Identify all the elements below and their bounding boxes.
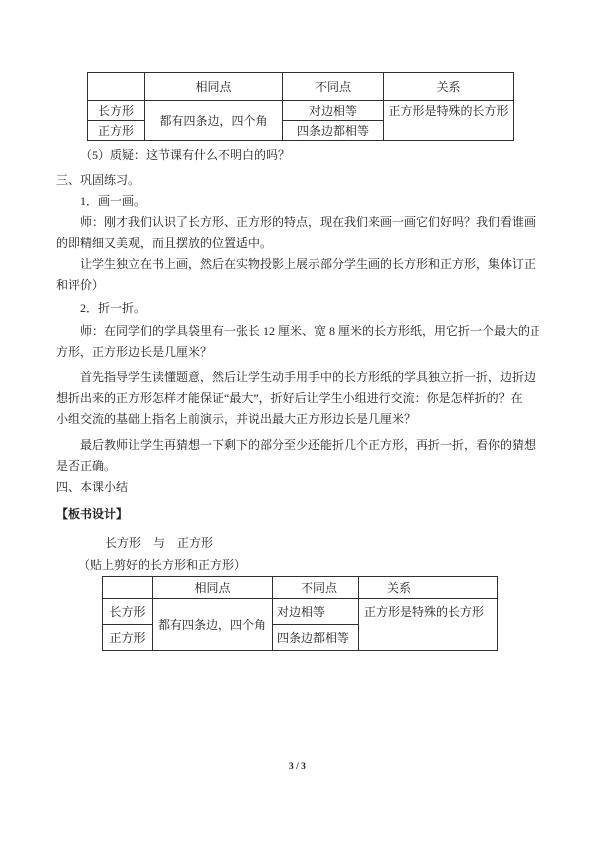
header-similarities: 相同点 xyxy=(153,577,273,599)
cell-difference-square: 四条边都相等 xyxy=(283,121,384,141)
corner-cell xyxy=(103,577,153,599)
header-relation: 关系 xyxy=(359,577,498,599)
cell-difference-square: 四条边都相等 xyxy=(273,625,359,651)
comparison-table-board: 相同点 不同点 关系 长方形 都有四条边，四个角 对边相等 正方形是特殊的长方形… xyxy=(102,576,498,651)
row-label-square: 正方形 xyxy=(88,121,145,141)
body-line: 1．画一画。 xyxy=(56,191,539,212)
body-line: 让学生独立在书上画，然后在实物投影上展示部分学生画的长方形和正方形，集体订正 xyxy=(56,254,539,275)
body-line: 是否正确。 xyxy=(56,456,539,477)
comparison-table-top: 相同点 不同点 关系 长方形 都有四条边，四个角 对边相等 正方形是特殊的长方形… xyxy=(87,72,514,141)
body-line: 小组交流的基础上指名上前演示，并说出最大正方形边长是几厘米？ xyxy=(56,409,539,430)
row-label-rectangle: 长方形 xyxy=(88,101,145,121)
body-line: 的即精细又美观，而且摆放的位置适中。 xyxy=(56,233,539,254)
body-line: 和评价） xyxy=(56,275,539,296)
body-line: 首先指导学生读懂题意，然后让学生动手用手中的长方形纸的学具独立折一折，边折边 xyxy=(56,367,539,388)
body-line: 想折出来的正方形怎样才能保证“最大”，折好后让学生小组进行交流：你是怎样折的？在 xyxy=(56,388,539,409)
section-heading: 四、本课小结 xyxy=(56,477,539,498)
table-row: 相同点 不同点 关系 xyxy=(88,73,514,101)
body-line: 最后教师让学生再猜想一下剩下的部分至少还能折几个正方形，再折一折，看你的猜想 xyxy=(56,435,539,456)
cell-difference-rectangle: 对边相等 xyxy=(273,599,359,625)
header-relation: 关系 xyxy=(384,73,514,101)
cell-difference-rectangle: 对边相等 xyxy=(283,101,384,121)
body-line: （5）质疑：这节课有什么不明白的吗？ xyxy=(56,145,539,166)
body-line: 2．折一折。 xyxy=(56,298,539,319)
corner-cell xyxy=(88,73,145,101)
header-differences: 不同点 xyxy=(283,73,384,101)
cell-similarities: 都有四条边，四个角 xyxy=(145,101,283,141)
board-note-line: （贴上剪好的长方形和正方形） xyxy=(56,555,539,576)
header-similarities: 相同点 xyxy=(145,73,283,101)
board-title-line: 长方形 与 正方形 xyxy=(56,533,539,554)
table-row: 长方形 都有四条边，四个角 对边相等 正方形是特殊的长方形 xyxy=(103,599,498,625)
row-label-rectangle: 长方形 xyxy=(103,599,153,625)
body-line: 方形，正方形边长是几厘米？ xyxy=(56,342,539,363)
header-differences: 不同点 xyxy=(273,577,359,599)
board-design-heading: 【板书设计】 xyxy=(56,504,539,525)
document-page: 相同点 不同点 关系 长方形 都有四条边，四个角 对边相等 正方形是特殊的长方形… xyxy=(0,0,595,841)
cell-relation: 正方形是特殊的长方形 xyxy=(359,599,498,651)
cell-relation: 正方形是特殊的长方形 xyxy=(384,101,514,141)
body-text: （5）质疑：这节课有什么不明白的吗？ 三、巩固练习。 1．画一画。 师：刚才我们… xyxy=(56,145,539,576)
row-label-square: 正方形 xyxy=(103,625,153,651)
body-line: 师：刚才我们认识了长方形、正方形的特点，现在我们来画一画它们好吗？我们看谁画 xyxy=(56,212,539,233)
cell-similarities: 都有四条边，四个角 xyxy=(153,599,273,651)
table-row: 长方形 都有四条边，四个角 对边相等 正方形是特殊的长方形 xyxy=(88,101,514,121)
table-row: 相同点 不同点 关系 xyxy=(103,577,498,599)
page-number: 3 / 3 xyxy=(0,762,595,772)
body-line: 师：在同学们的学具袋里有一张长 12 厘米、宽 8 厘米的长方形纸，用它折一个最… xyxy=(56,321,539,342)
section-heading: 三、巩固练习。 xyxy=(56,170,539,191)
